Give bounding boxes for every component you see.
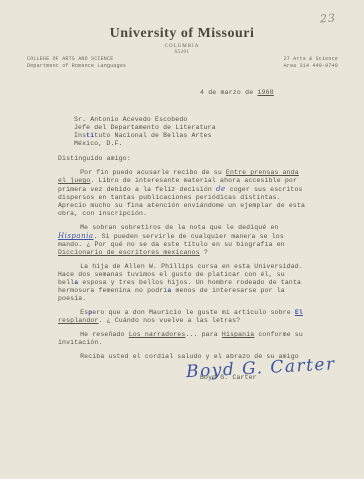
typed-text: Por fin puedo acusarle recibo de su (80, 169, 226, 176)
letter-paragraph: Por fin puedo acusarle recibo de su Entr… (58, 169, 306, 218)
annotated-text: Hispania (58, 232, 94, 240)
letterhead-university: University of Missouri (0, 26, 364, 42)
annotated-text: Diccionario de escritores mexicanos (58, 249, 200, 256)
typed-text: tuto Nacional de Bellas Artes (94, 132, 211, 139)
letter-body-column: Sr. Antonio Acevedo EscobedoJefe del Dep… (58, 116, 306, 382)
letter-paragraph: Me sobran sobretiros de la nota que le d… (58, 224, 306, 257)
salutation: Distinguido amigo: (58, 155, 306, 163)
date-line: 4 de marzo de 1968 (200, 89, 274, 96)
recipient-line: Instituto Nacional de Bellas Artes (74, 132, 306, 140)
letter-paragraph: He reseñado Los narradores... para Hispa… (58, 331, 306, 347)
typed-text: . ¿ Cuándo nos vuelve a las letras? (99, 317, 241, 324)
letterhead: University of Missouri COLUMBIA 65201 (0, 26, 364, 55)
annotated-text: El (295, 309, 303, 316)
pencil-page-number: 23 (320, 11, 337, 25)
signature-block: Boyd G. Carter Boyd G. Carter (186, 365, 306, 382)
date-year: 1968 (257, 89, 273, 96)
date-prefix: 4 de marzo de (200, 89, 257, 96)
annotated-text: Hispania (222, 331, 254, 338)
letter-page: 23 University of Missouri COLUMBIA 65201… (0, 0, 364, 479)
recipient-line: Jefe del Departamento de Literatura (74, 124, 306, 132)
letter-paragraph: Espero que a don Mauricio le guste mi ar… (58, 309, 306, 325)
typed-text: Me sobran sobretiros de la nota que le d… (80, 224, 278, 231)
typed-text: México, D.F. (74, 140, 123, 147)
letterhead-zip: 65201 (0, 50, 364, 55)
letterhead-department-block: COLLEGE OF ARTS AND SCIENCE Department o… (27, 56, 126, 70)
typed-text: ? (200, 249, 208, 256)
typed-text: Ins (74, 132, 86, 139)
typed-text: ... para (185, 331, 221, 338)
letterhead-subrow: COLLEGE OF ARTS AND SCIENCE Department o… (27, 56, 338, 70)
letterhead-contact-block: 27 Arts & Science Area 314 449-9740 (284, 56, 338, 70)
letterhead-college: COLLEGE OF ARTS AND SCIENCE (27, 56, 126, 63)
recipient-line: Sr. Antonio Acevedo Escobedo (74, 116, 306, 124)
letter-paragraph: La hija de Allen W. Phillips cursa en es… (58, 263, 306, 303)
typed-text: Sr. Antonio Acevedo Escobedo (74, 116, 187, 123)
letterhead-city: COLUMBIA (0, 44, 364, 49)
typed-text: Jefe del Departamento de Literatura (74, 124, 216, 131)
recipient-line: México, D.F. (74, 140, 306, 148)
typed-text: He reseñado (80, 331, 129, 338)
letterhead-department: Department of Romance Languages (27, 63, 126, 70)
annotated-text: Los narradores (129, 331, 186, 338)
typed-text: Es (80, 309, 88, 316)
handwritten-signature: Boyd G. Carter (186, 362, 306, 376)
letterhead-phone: Area 314 449-9740 (284, 63, 338, 70)
recipient-address: Sr. Antonio Acevedo EscobedoJefe del Dep… (74, 116, 306, 148)
typed-text: ero que a don Mauricio le guste mi artíc… (92, 309, 295, 316)
letterhead-office: 27 Arts & Science (284, 56, 338, 63)
letter-body: Por fin puedo acusarle recibo de su Entr… (58, 169, 306, 361)
annotated-text: de (216, 185, 226, 193)
annotated-text: resplandor (58, 317, 99, 324)
